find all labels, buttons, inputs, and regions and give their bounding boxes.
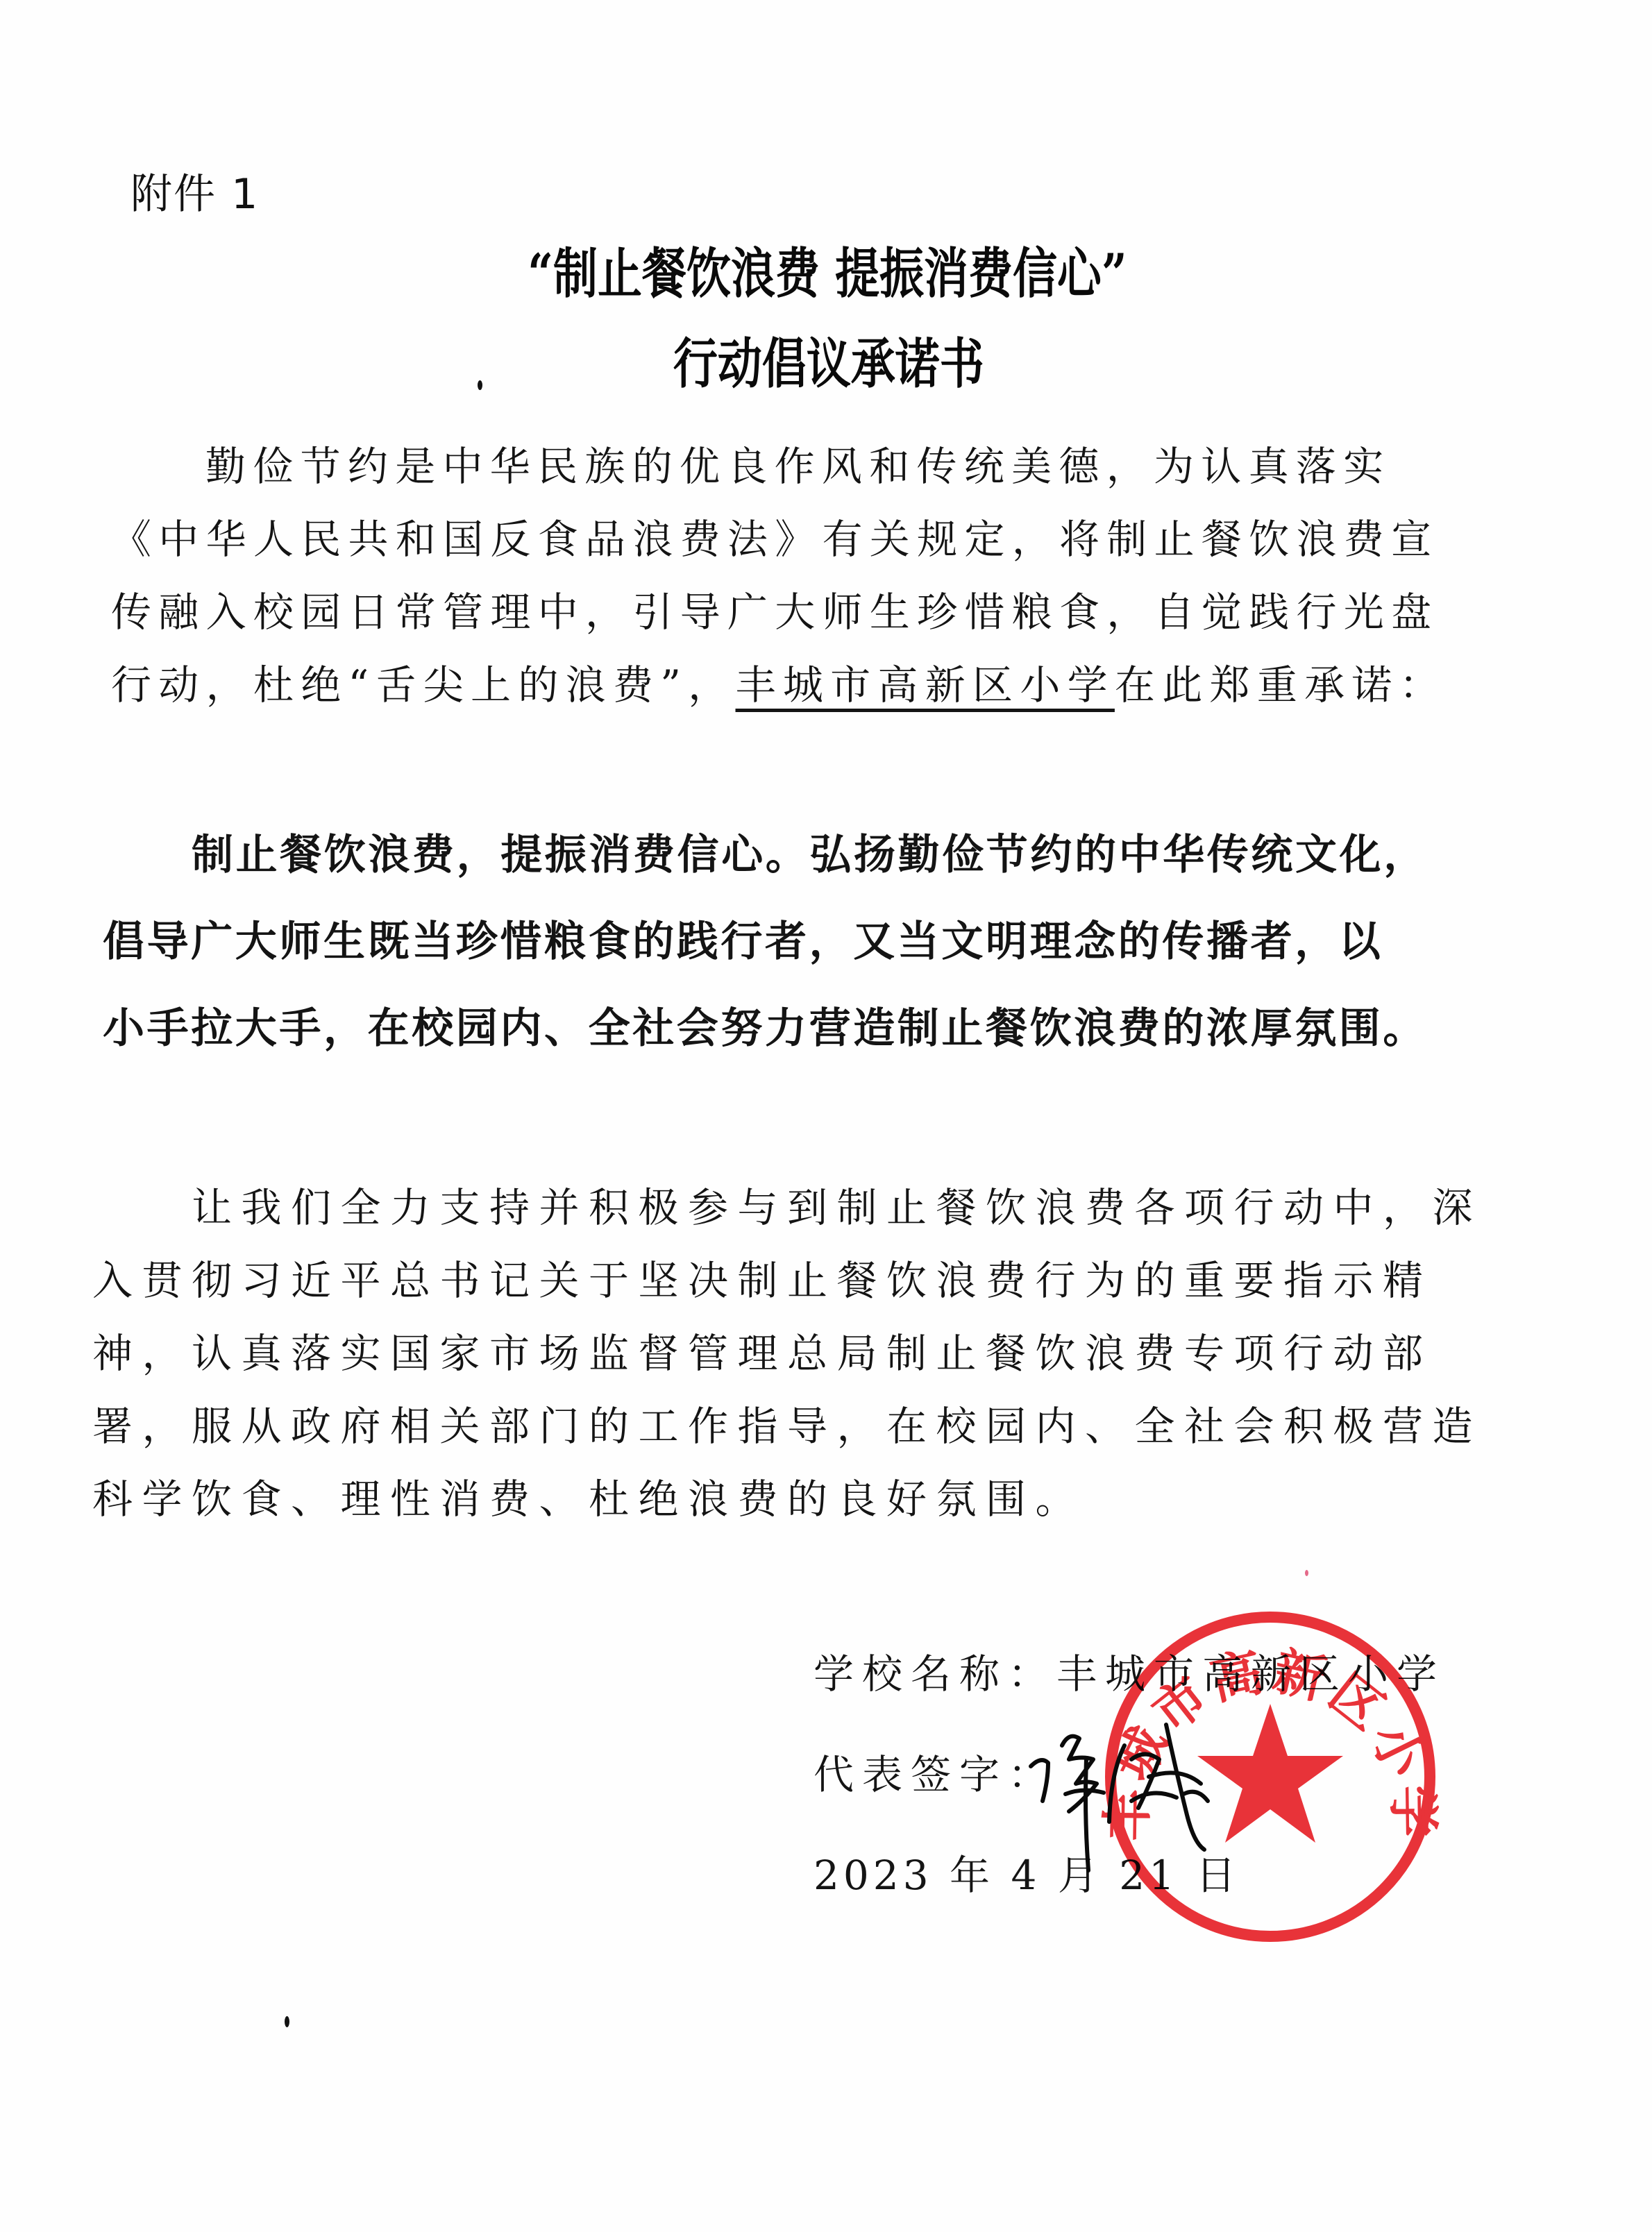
paragraph-line: 制止餐饮浪费，提振消费信心。弘扬勤俭节约的中华传统文化， xyxy=(103,812,1449,899)
paragraph-line: 倡导广大师生既当珍惜粮食的践行者，又当文明理念的传播者，以 xyxy=(103,899,1449,986)
attachment-label: 附件 1 xyxy=(130,167,259,222)
line-text: 行动，杜绝“舌尖上的浪费”， xyxy=(111,661,736,709)
paragraph-line: 神，认真落实国家市场监督管理总局制止餐饮浪费专项行动部 xyxy=(92,1317,1439,1390)
paragraph-line: 小手拉大手，在校园内、全社会努力营造制止餐饮浪费的浓厚氛围。 xyxy=(103,986,1449,1072)
line-text: 在此郑重承诺： xyxy=(1115,661,1447,709)
scan-speck xyxy=(285,2016,289,2027)
scan-speck xyxy=(1305,1570,1308,1576)
document-title-line2: 行动倡议承诺书 xyxy=(140,330,1495,399)
school-name-underlined: 丰城市高新区小学 xyxy=(736,661,1115,709)
paragraph-line: 科学饮食、理性消费、杜绝浪费的良好氛围。 xyxy=(92,1463,1439,1536)
paragraph-line: 行动，杜绝“舌尖上的浪费”，丰城市高新区小学在此郑重承诺： xyxy=(111,649,1444,722)
paragraph-line: 《中华人民共和国反食品浪费法》有关规定，将制止餐饮浪费宣 xyxy=(111,503,1444,576)
document-page: 附件 1 “制止餐饮浪费 提振消费信心” 行动倡议承诺书 勤俭节约是中华民族的优… xyxy=(0,0,1652,2232)
handwritten-signature xyxy=(1027,1718,1236,1884)
paragraph-line: 让我们全力支持并积极参与到制止餐饮浪费各项行动中，深 xyxy=(92,1172,1439,1244)
paragraph-call-to-action: 让我们全力支持并积极参与到制止餐饮浪费各项行动中，深 入贯彻习近平总书记关于坚决… xyxy=(92,1172,1439,1536)
paragraph-intro: 勤俭节约是中华民族的优良作风和传统美德，为认真落实 《中华人民共和国反食品浪费法… xyxy=(111,430,1444,722)
school-name-label: 学校名称： xyxy=(814,1650,1056,1698)
scan-speck xyxy=(478,380,482,390)
paragraph-line: 传融入校园日常管理中，引导广大师生珍惜粮食，自觉践行光盘 xyxy=(111,576,1444,649)
paragraph-line: 署，服从政府相关部门的工作指导，在校园内、全社会积极营造 xyxy=(92,1390,1439,1463)
representative-label: 代表签字： xyxy=(814,1751,1056,1798)
paragraph-line: 入贯彻习近平总书记关于坚决制止餐饮浪费行为的重要指示精 xyxy=(92,1244,1439,1317)
paragraph-pledge-bold: 制止餐饮浪费，提振消费信心。弘扬勤俭节约的中华传统文化， 倡导广大师生既当珍惜粮… xyxy=(103,812,1449,1072)
document-title-line1: “制止餐饮浪费 提振消费信心” xyxy=(139,239,1494,309)
paragraph-line: 勤俭节约是中华民族的优良作风和传统美德，为认真落实 xyxy=(111,430,1444,503)
